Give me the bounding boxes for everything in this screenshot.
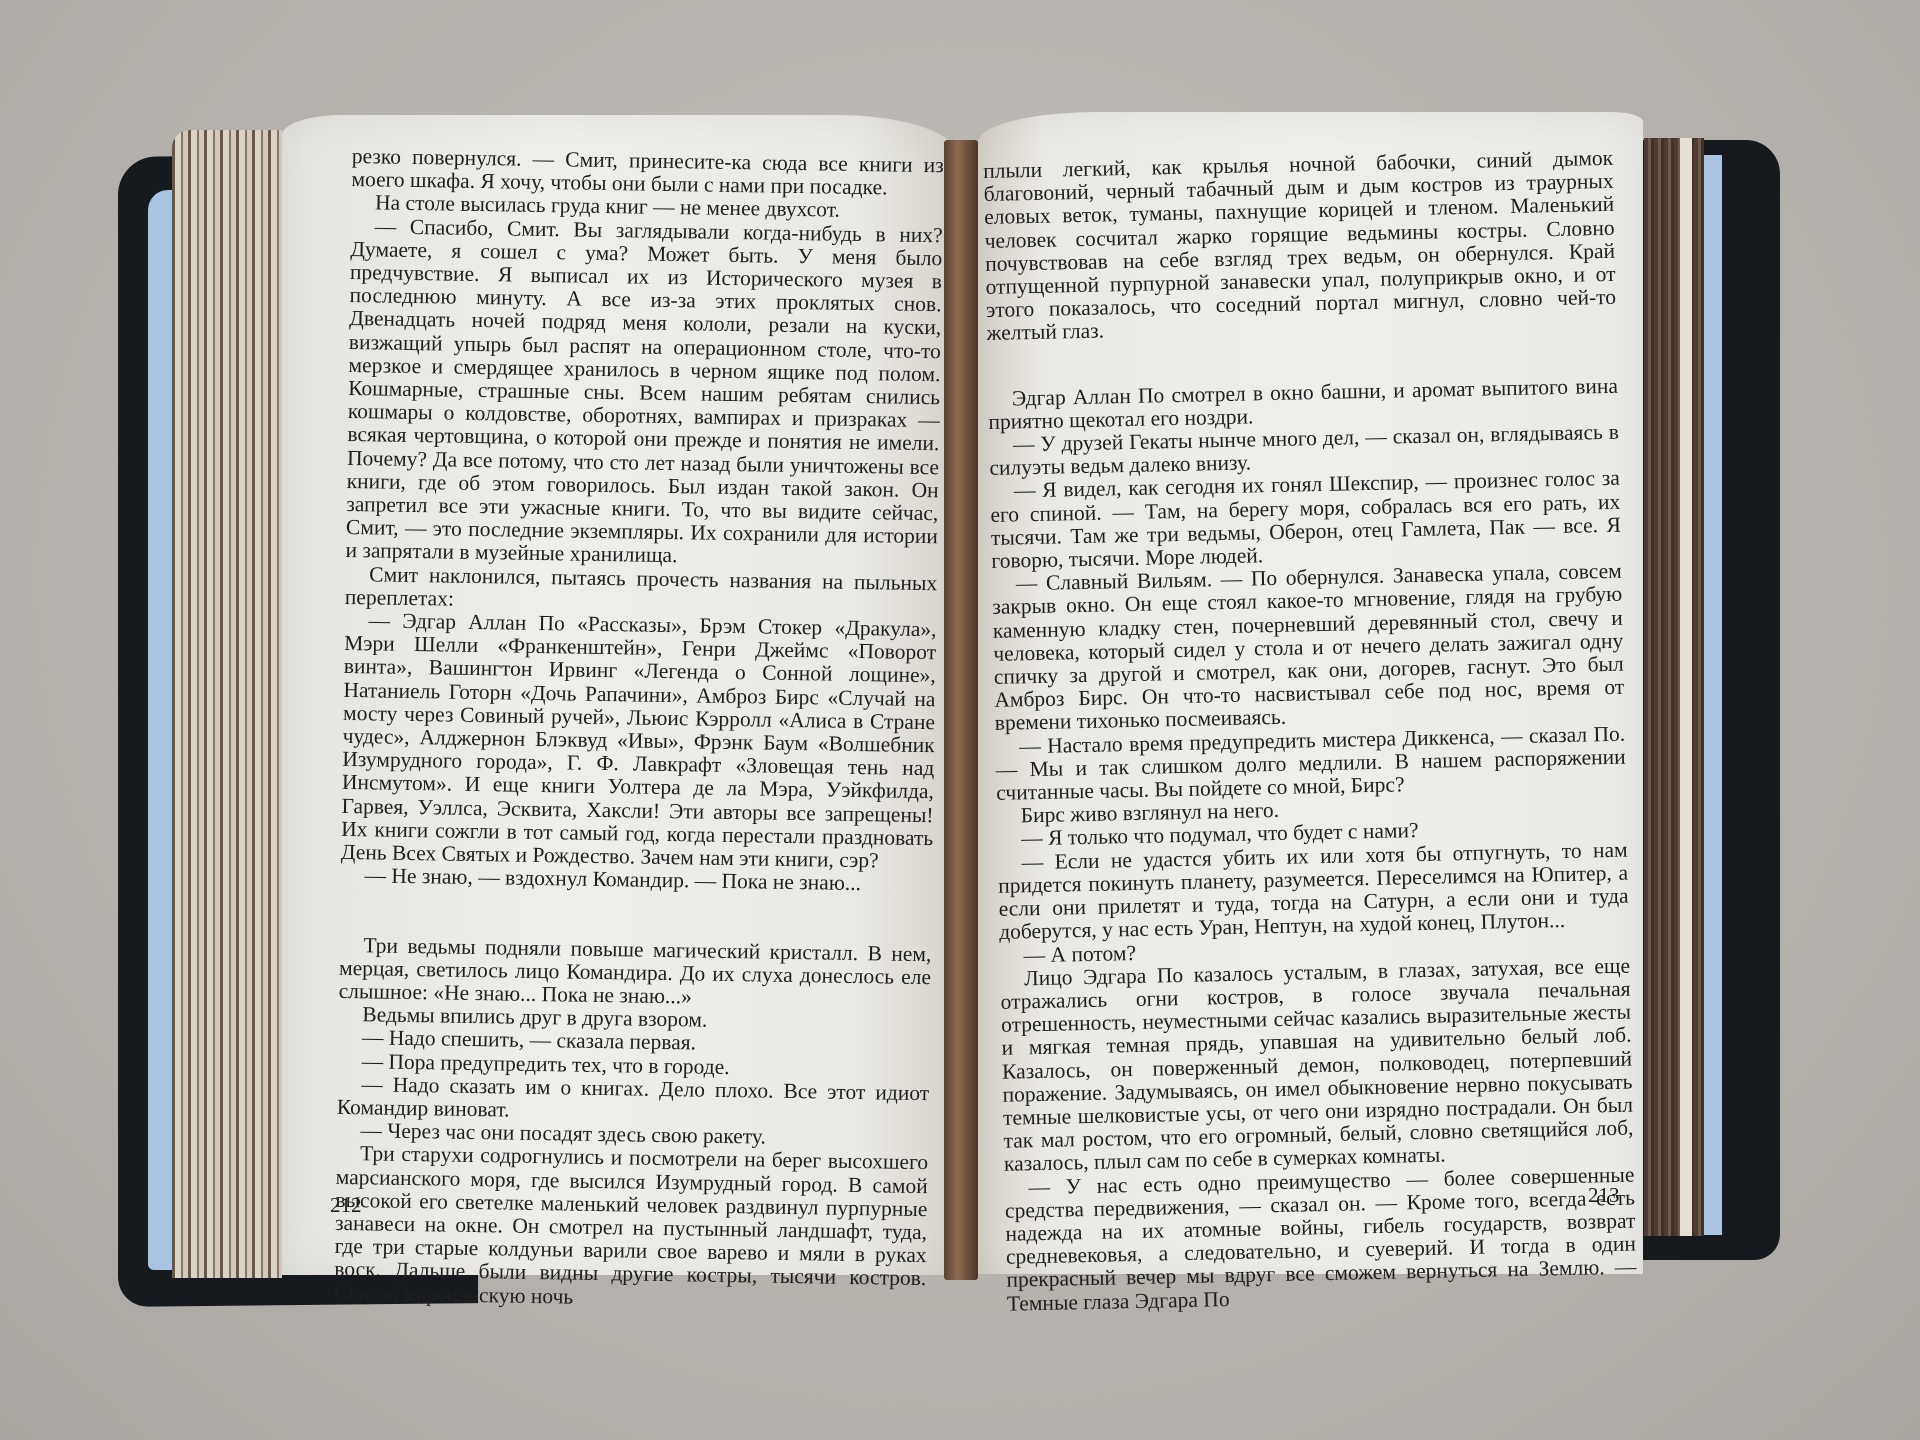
paragraph: — У нас есть одно преимущество — более с… bbox=[1004, 1163, 1637, 1315]
paragraph: — Настало время предупредить мистера Дик… bbox=[995, 722, 1626, 805]
open-book: резко повернулся. — Смит, принесите-ка с… bbox=[0, 0, 1920, 1440]
paragraph: плыли легкий, как крылья ночной бабочки,… bbox=[983, 147, 1617, 346]
paragraph: — Спасибо, Смит. Вы заглядывали когда-ни… bbox=[345, 215, 942, 572]
paragraph: — Славный Вильям. — По обернулся. Занаве… bbox=[992, 560, 1625, 736]
page-number-left: 212 bbox=[330, 1193, 362, 1218]
paragraph: — Я видел, как сегодня их гонял Шекспир,… bbox=[990, 467, 1622, 573]
paragraph: — Если не удастся убить их или хотя бы о… bbox=[997, 838, 1629, 944]
paragraph: Лицо Эдгара По казалось усталым, в глаза… bbox=[1000, 954, 1634, 1176]
bookmark-ribbon bbox=[944, 140, 978, 1280]
paragraph: Три старухи содрогнулись и посмотрели на… bbox=[334, 1142, 928, 1314]
paragraph: — Эдгар Аллан По «Рассказы», Брэм Стокер… bbox=[341, 609, 937, 874]
page-number-right: 213 bbox=[1588, 1183, 1620, 1208]
page-edges-right bbox=[1644, 138, 1704, 1236]
right-page-text: плыли легкий, как крылья ночной бабочки,… bbox=[983, 147, 1637, 1316]
left-page-text: резко повернулся. — Смит, принесите-ка с… bbox=[334, 145, 944, 1314]
paragraph: Три ведьмы подняли повыше магический кри… bbox=[339, 933, 932, 1012]
page-edges-left bbox=[172, 130, 282, 1278]
